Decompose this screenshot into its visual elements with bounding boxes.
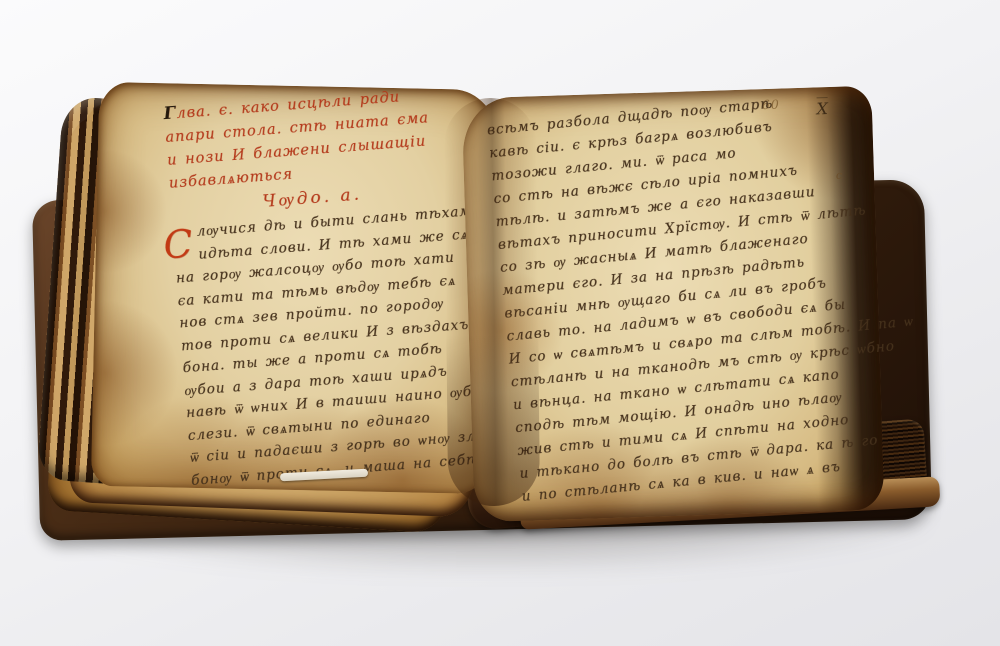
left-page-text: Глва. є. како исцѣли ради апари стола. с… [163, 79, 511, 492]
red-drop-cap: С [162, 223, 194, 267]
left-body-lines: идѣта слови. И тѣ хами же сѧ. слѹхїана г… [174, 221, 512, 492]
manuscript-right-page: 60 Х с всѣмъ разбола дщадѣ поѹ старѣкавѣ… [461, 86, 884, 523]
right-page-text: всѣмъ разбола дщадѣ поѹ старѣкавѣ сіи. є… [486, 87, 871, 509]
left-body-text: С лѹчися дѣ и быти слань тѣхамо идѣта сл… [172, 199, 511, 492]
manuscript-left-page: Глва. є. како исцѣли ради апари стола. с… [91, 82, 499, 494]
photo-scene: Глва. є. како исцѣли ради апари стола. с… [0, 0, 1000, 646]
